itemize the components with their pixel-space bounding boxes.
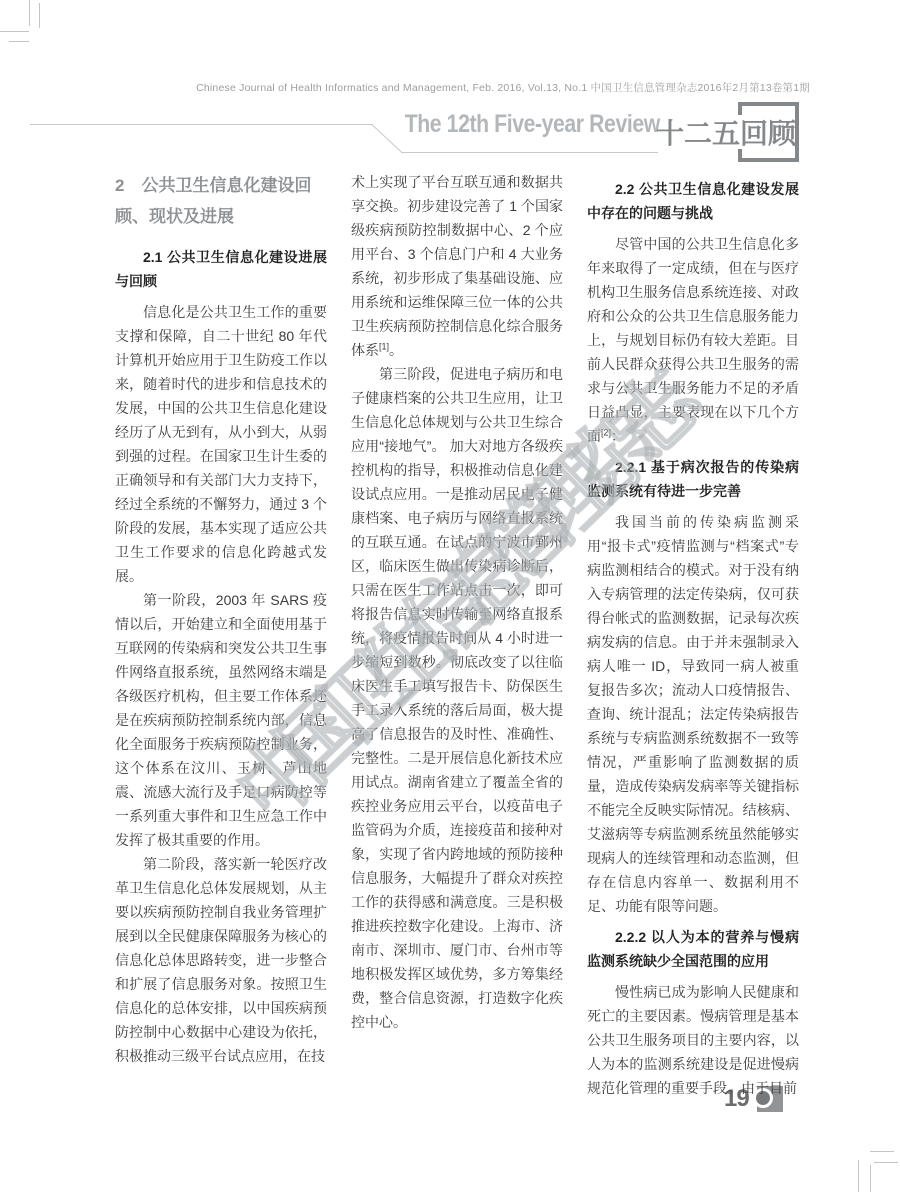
paragraph: 慢性病已成为影响人民健康和死亡的主要因素。慢病管理是基本公共卫生服务项目的主要内…	[587, 980, 799, 1100]
text-column-1: 2 公共卫生信息化建设回顾、现状及进展2.1 公共卫生信息化建设进展与回顾信息化…	[115, 170, 327, 1068]
cropmark-bottom-right-v1	[858, 1160, 859, 1192]
journal-page: Chinese Journal of Health Informatics an…	[0, 0, 900, 1192]
cropmark-bottom-right-v2	[870, 1165, 871, 1192]
paragraph: 信息化是公共卫生工作的重要支撑和保障，自二十世纪 80 年代计算机开始应用于卫生…	[115, 300, 327, 588]
banner-title-english: The 12th Five-year Review	[405, 110, 658, 139]
sub-heading: 2.2.2 以人为本的营养与慢病监测系统缺少全国范围的应用	[587, 925, 799, 973]
paragraph: 第三阶段，促进电子病历和电子健康档案的公共卫生应用，让卫生信息化总体规划与公共卫…	[351, 362, 563, 1034]
banner-title-chinese: 十二五回顾	[656, 112, 796, 152]
journal-header-line: Chinese Journal of Health Informatics an…	[196, 80, 810, 95]
cropmark-bottom-right-h1	[870, 1151, 894, 1152]
cropmark-top-left-v2	[39, 3, 40, 28]
cropmark-top-left-h2	[9, 41, 29, 42]
header-rule-left	[30, 124, 373, 125]
reference-superscript: [1]	[379, 341, 389, 351]
paragraph: 第一阶段，2003 年 SARS 疫情以后，开始建立和全面使用基于互联网的传染病…	[115, 588, 327, 852]
text-column-2: 术上实现了平台互联互通和数据共享交换。初步建设完善了 1 个国家级疾病预防控制数…	[351, 170, 563, 1034]
cropmark-top-left-h1	[0, 31, 29, 32]
sub-heading: 2.2 公共卫生信息化建设发展中存在的问题与挑战	[587, 177, 799, 225]
reference-superscript: [2]	[601, 427, 611, 437]
sub-heading: 2.2.1 基于病次报告的传染病监测系统有待进一步完善	[587, 455, 799, 503]
sub-heading: 2.1 公共卫生信息化建设进展与回顾	[115, 245, 327, 293]
header-rule-right	[401, 152, 658, 153]
paragraph: 第二阶段，落实新一轮医疗改革卫生信息化总体发展规划，从主要以疾病预防控制自我业务…	[115, 852, 327, 1068]
paragraph: 尽管中国的公共卫生信息化多年来取得了一定成绩，但在与医疗机构卫生服务信息系统连接…	[587, 232, 799, 448]
header-rule-diagonal	[371, 124, 402, 153]
paragraph: 我国当前的传染病监测采用“报卡式”疫情监测与“档案式”专病监测相结合的模式。对于…	[587, 510, 799, 918]
cropmark-top-left-v1	[29, 0, 30, 26]
paragraph: 术上实现了平台互联互通和数据共享交换。初步建设完善了 1 个国家级疾病预防控制数…	[351, 170, 563, 362]
cropmark-bottom-right-h2	[874, 1162, 898, 1163]
text-column-3: 2.2 公共卫生信息化建设发展中存在的问题与挑战尽管中国的公共卫生信息化多年来取…	[587, 170, 799, 1100]
section-heading: 2 公共卫生信息化建设回顾、现状及进展	[115, 170, 327, 232]
